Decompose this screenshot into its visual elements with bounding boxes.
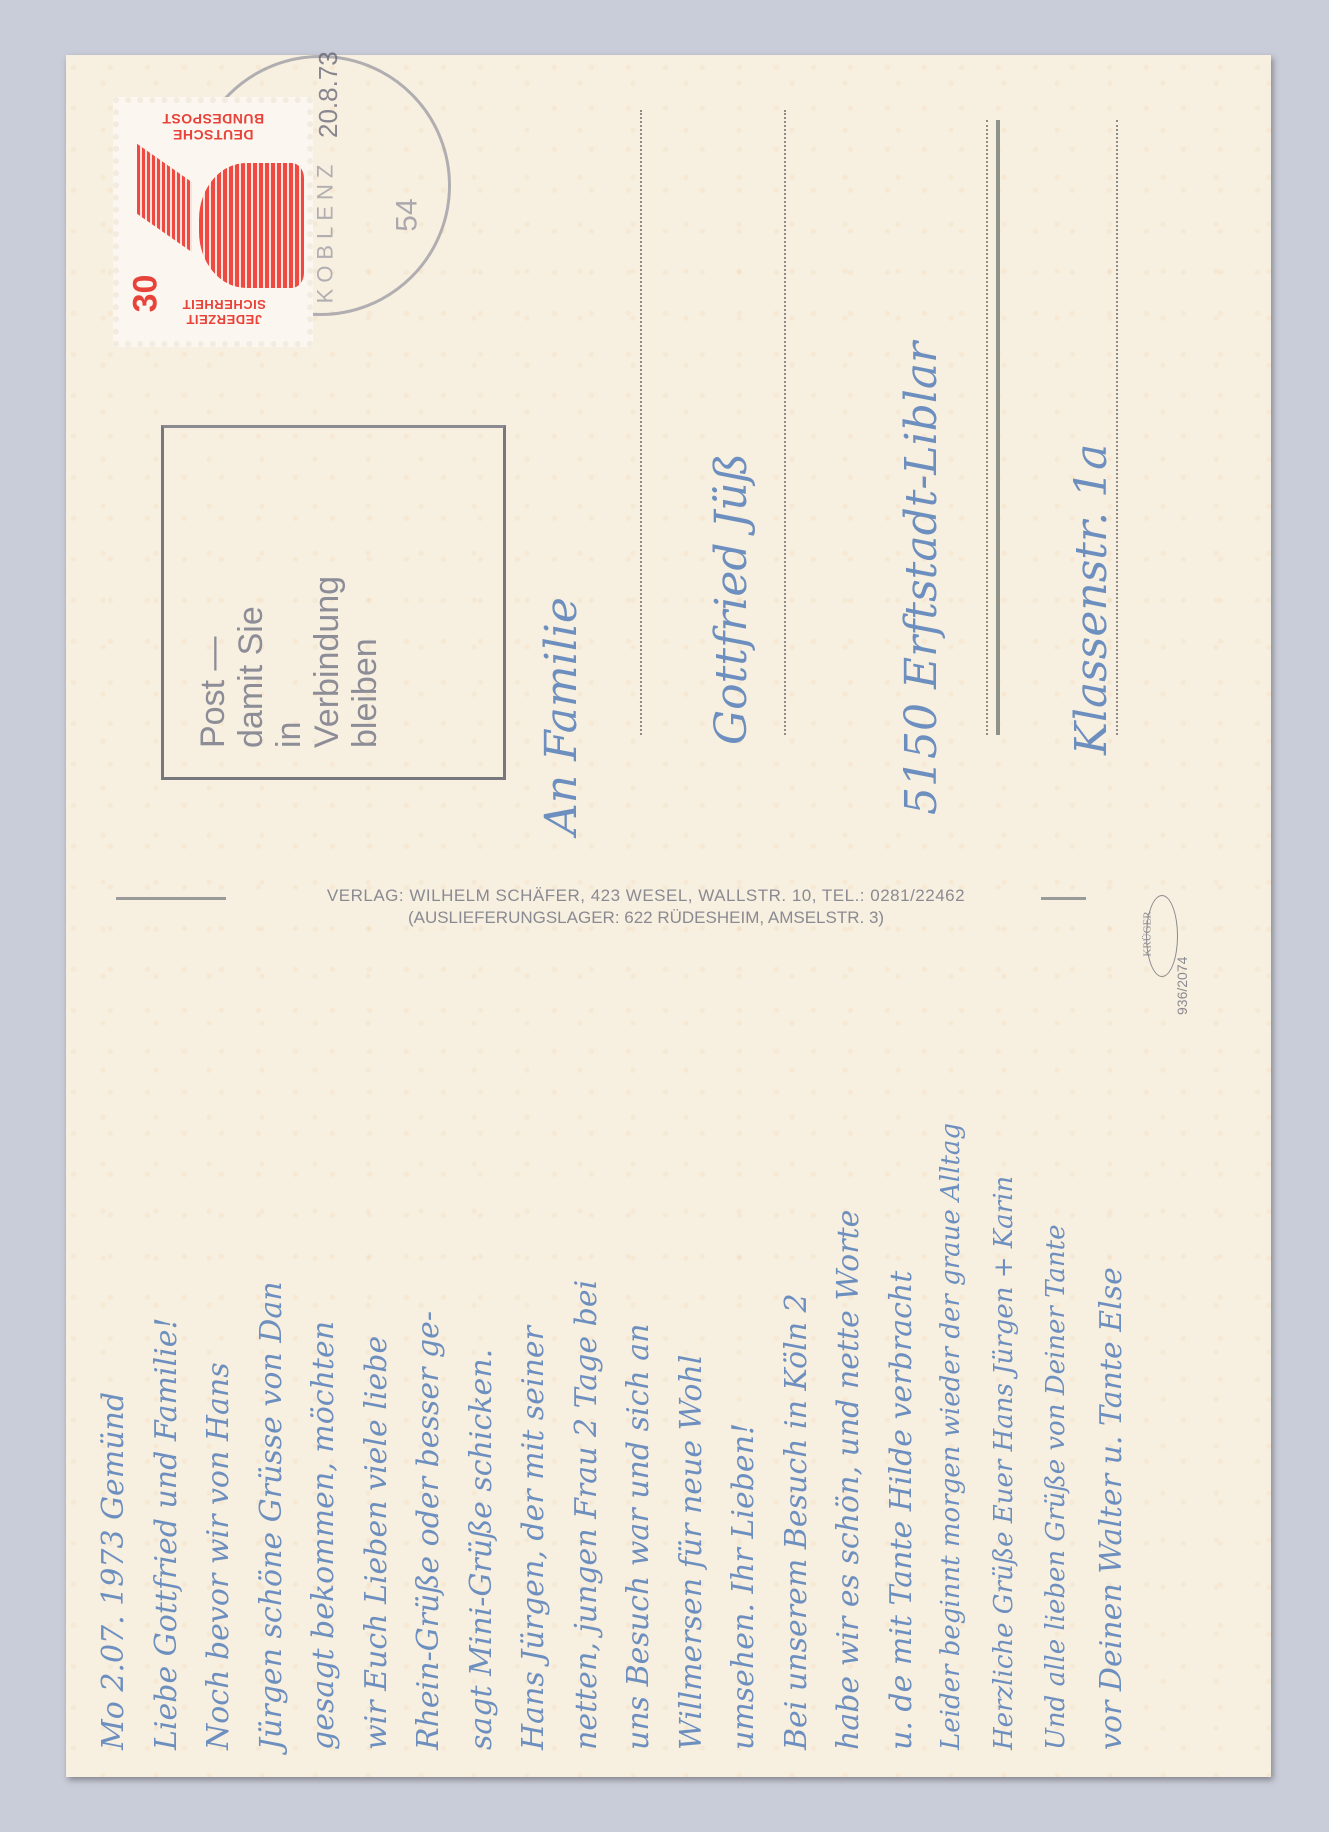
address-line xyxy=(784,110,786,735)
postmark-city: KOBLENZ xyxy=(312,159,338,304)
slogan-cancel-box: Post — damit Sie in Verbindung bleiben xyxy=(161,425,506,780)
message-line: Rhein-Grüße oder besser ge- xyxy=(411,1311,446,1750)
message-line: Bei unserem Besuch in Köln 2 xyxy=(779,1293,814,1750)
plug-illustration xyxy=(137,144,192,253)
message-line: Herzliche Grüße Euer Hans Jürgen + Karin xyxy=(989,1176,1019,1750)
message-line: uns Besuch war und sich an xyxy=(621,1324,656,1750)
message-line: Noch bevor wir von Hans xyxy=(201,1362,236,1750)
message-line: Jürgen schöne Grüsse von Dan xyxy=(254,1281,289,1750)
address-line-1: An Familie xyxy=(536,597,587,835)
message-line: Leider beginnt morgen wieder der graue A… xyxy=(936,1123,966,1750)
message-line: habe wir es schön, und nette Worte xyxy=(831,1210,866,1750)
postmark-code: 54 xyxy=(391,198,425,231)
message-line: sagt Mini-Grüße schicken. xyxy=(464,1349,499,1750)
message-line: Hans Jürgen, der mit seiner xyxy=(516,1326,551,1750)
message-line: Liebe Gottfried und Familie! xyxy=(149,1317,184,1750)
address-line xyxy=(986,120,988,735)
address-line-3: 5150 Erftstadt-Liblar xyxy=(896,342,947,815)
message-line: Und alle lieben Grüße von Deiner Tante xyxy=(1041,1225,1071,1751)
message-line: vor Deinen Walter u. Tante Else xyxy=(1094,1267,1129,1750)
postcard: 20.8.73 54 KOBLENZ DEUTSCHE BUNDESPOST 3… xyxy=(66,55,1271,1777)
publisher-imprint: VERLAG: WILHELM SCHÄFER, 423 WESEL, WALL… xyxy=(196,885,1096,929)
card-number: 936/2074 xyxy=(1174,957,1190,1015)
address-divider xyxy=(996,120,1000,735)
message-line: Mo 2.07. 1973 Gemünd xyxy=(96,1392,131,1750)
slogan-text: Post — damit Sie in Verbindung bleiben xyxy=(194,576,384,748)
message-line: netten, jungen Frau 2 Tage bei xyxy=(569,1280,604,1750)
address-line-4: Klassenstr. 1a xyxy=(1066,444,1117,755)
postage-stamp: DEUTSCHE BUNDESPOST 30 JEDERZEIT SICHERH… xyxy=(113,97,313,347)
stamp-slogan: JEDERZEIT SICHERHEIT xyxy=(149,297,299,327)
address-line xyxy=(640,110,642,735)
message-line: u. de mit Tante Hilde verbracht xyxy=(884,1271,919,1750)
address-line-2: Gottfried Jüß xyxy=(706,453,757,745)
socket-illustration xyxy=(199,163,304,288)
postmark-date: 20.8.73 xyxy=(313,51,344,138)
stamp-country: DEUTSCHE BUNDESPOST xyxy=(129,111,297,143)
message-line: wir Euch Lieben viele liebe xyxy=(359,1336,394,1750)
message-line: gesagt bekommen, möchten xyxy=(306,1321,341,1750)
message-line: umsehen. Ihr Lieben! xyxy=(726,1423,761,1750)
message-line: Willmersen für neue Wohl xyxy=(674,1355,709,1750)
